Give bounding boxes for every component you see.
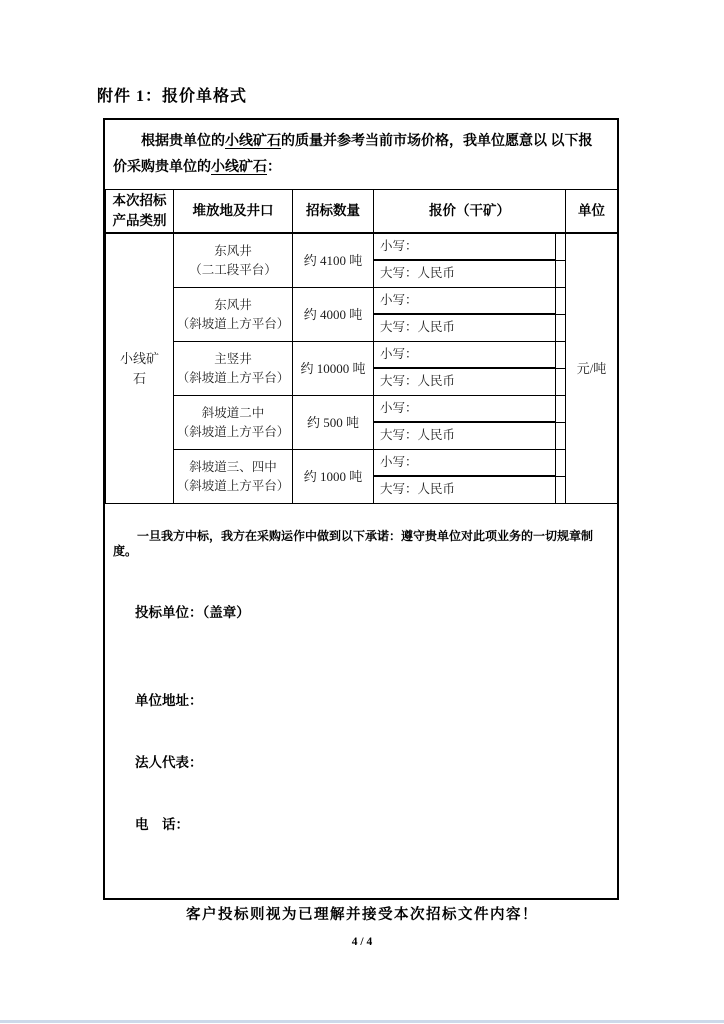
price-big-field: 大写：人民币: [374, 369, 556, 395]
price-small-cell: 小写：: [374, 450, 566, 477]
table-row: 斜坡道二中 （斜坡道上方平台） 约 500 吨 小写：: [106, 396, 618, 423]
underlined-ore-term: 小线矿石: [211, 160, 267, 175]
quantity-cell: 约 10000 吨: [293, 342, 374, 396]
intro-line-1: 根据贵单位的小线矿石的质量并参考当前市场价格，我单位愿意以 以下报: [113, 129, 607, 155]
quantity-cell: 约 4000 吨: [293, 288, 374, 342]
table-header-row: 本次招标 产品类别 堆放地及井口 招标数量 报价（干矿） 单位: [106, 190, 618, 234]
location-cell: 斜坡道二中 （斜坡道上方平台）: [174, 396, 293, 450]
quotation-form-box: 根据贵单位的小线矿石的质量并参考当前市场价格，我单位愿意以 以下报 价采购贵单位…: [103, 118, 619, 900]
price-big-cell: 大写：人民币: [374, 369, 566, 396]
price-big-field: 大写：人民币: [374, 423, 556, 449]
header-location: 堆放地及井口: [174, 190, 293, 234]
bidder-unit-label: 投标单位：（盖章）: [135, 604, 617, 622]
intro-paragraph: 根据贵单位的小线矿石的质量并参考当前市场价格，我单位愿意以 以下报 价采购贵单位…: [113, 129, 607, 181]
page-number: 4 / 4: [0, 936, 724, 948]
price-big-field: 大写：人民币: [374, 261, 556, 287]
price-small-field: 小写：: [374, 450, 556, 476]
price-small-field: 小写：: [374, 288, 556, 314]
location-cell: 东风井 （二工段平台）: [174, 233, 293, 288]
quantity-cell: 约 1000 吨: [293, 450, 374, 504]
price-small-cell: 小写：: [374, 342, 566, 369]
table-row: 主竖井 （斜坡道上方平台） 约 10000 吨 小写：: [106, 342, 618, 369]
commitment-paragraph: 一旦我方中标，我方在采购运作中做到以下承诺：遵守贵单位对此项业务的一切规章制度。: [113, 529, 613, 559]
price-small-cell: 小写：: [374, 396, 566, 423]
unit-address-label: 单位地址：: [135, 692, 617, 710]
price-big-cell: 大写：人民币: [374, 477, 566, 504]
unit-cell: 元/吨: [566, 233, 618, 504]
location-cell: 斜坡道三、四中 （斜坡道上方平台）: [174, 450, 293, 504]
category-cell: 小线矿 石: [106, 233, 174, 504]
location-cell: 主竖井 （斜坡道上方平台）: [174, 342, 293, 396]
document-page: 附件 1：报价单格式 根据贵单位的小线矿石的质量并参考当前市场价格，我单位愿意以…: [0, 0, 724, 1024]
price-big-field: 大写：人民币: [374, 477, 556, 503]
bottom-divider: [0, 1020, 724, 1023]
table-row: 斜坡道三、四中 （斜坡道上方平台） 约 1000 吨 小写：: [106, 450, 618, 477]
price-small-cell: 小写：: [374, 288, 566, 315]
header-price: 报价（干矿）: [374, 190, 566, 234]
price-big-cell: 大写：人民币: [374, 423, 566, 450]
location-cell: 东风井 （斜坡道上方平台）: [174, 288, 293, 342]
quantity-cell: 约 4100 吨: [293, 233, 374, 288]
price-small-field: 小写：: [374, 396, 556, 422]
price-small-field: 小写：: [374, 234, 556, 260]
price-small-cell: 小写：: [374, 233, 566, 261]
price-small-field: 小写：: [374, 342, 556, 368]
quantity-cell: 约 500 吨: [293, 396, 374, 450]
header-unit: 单位: [566, 190, 618, 234]
header-category: 本次招标 产品类别: [106, 190, 174, 234]
page-title: 附件 1：报价单格式: [97, 83, 247, 106]
footer-note: 客户投标则视为已理解并接受本次招标文件内容！: [0, 903, 724, 924]
header-quantity: 招标数量: [293, 190, 374, 234]
quotation-table: 本次招标 产品类别 堆放地及井口 招标数量 报价（干矿） 单位 小线矿 石 东风…: [105, 189, 618, 504]
table-row: 东风井 （斜坡道上方平台） 约 4000 吨 小写：: [106, 288, 618, 315]
legal-rep-label: 法人代表：: [135, 754, 617, 772]
price-big-cell: 大写：人民币: [374, 315, 566, 342]
underlined-ore-term: 小线矿石: [225, 134, 281, 149]
intro-line-2: 价采购贵单位的小线矿石：: [113, 155, 607, 181]
price-big-cell: 大写：人民币: [374, 261, 566, 288]
phone-label: 电 话：: [135, 816, 617, 834]
price-big-field: 大写：人民币: [374, 315, 556, 341]
table-row: 小线矿 石 东风井 （二工段平台） 约 4100 吨 小写： 元/吨: [106, 233, 618, 261]
